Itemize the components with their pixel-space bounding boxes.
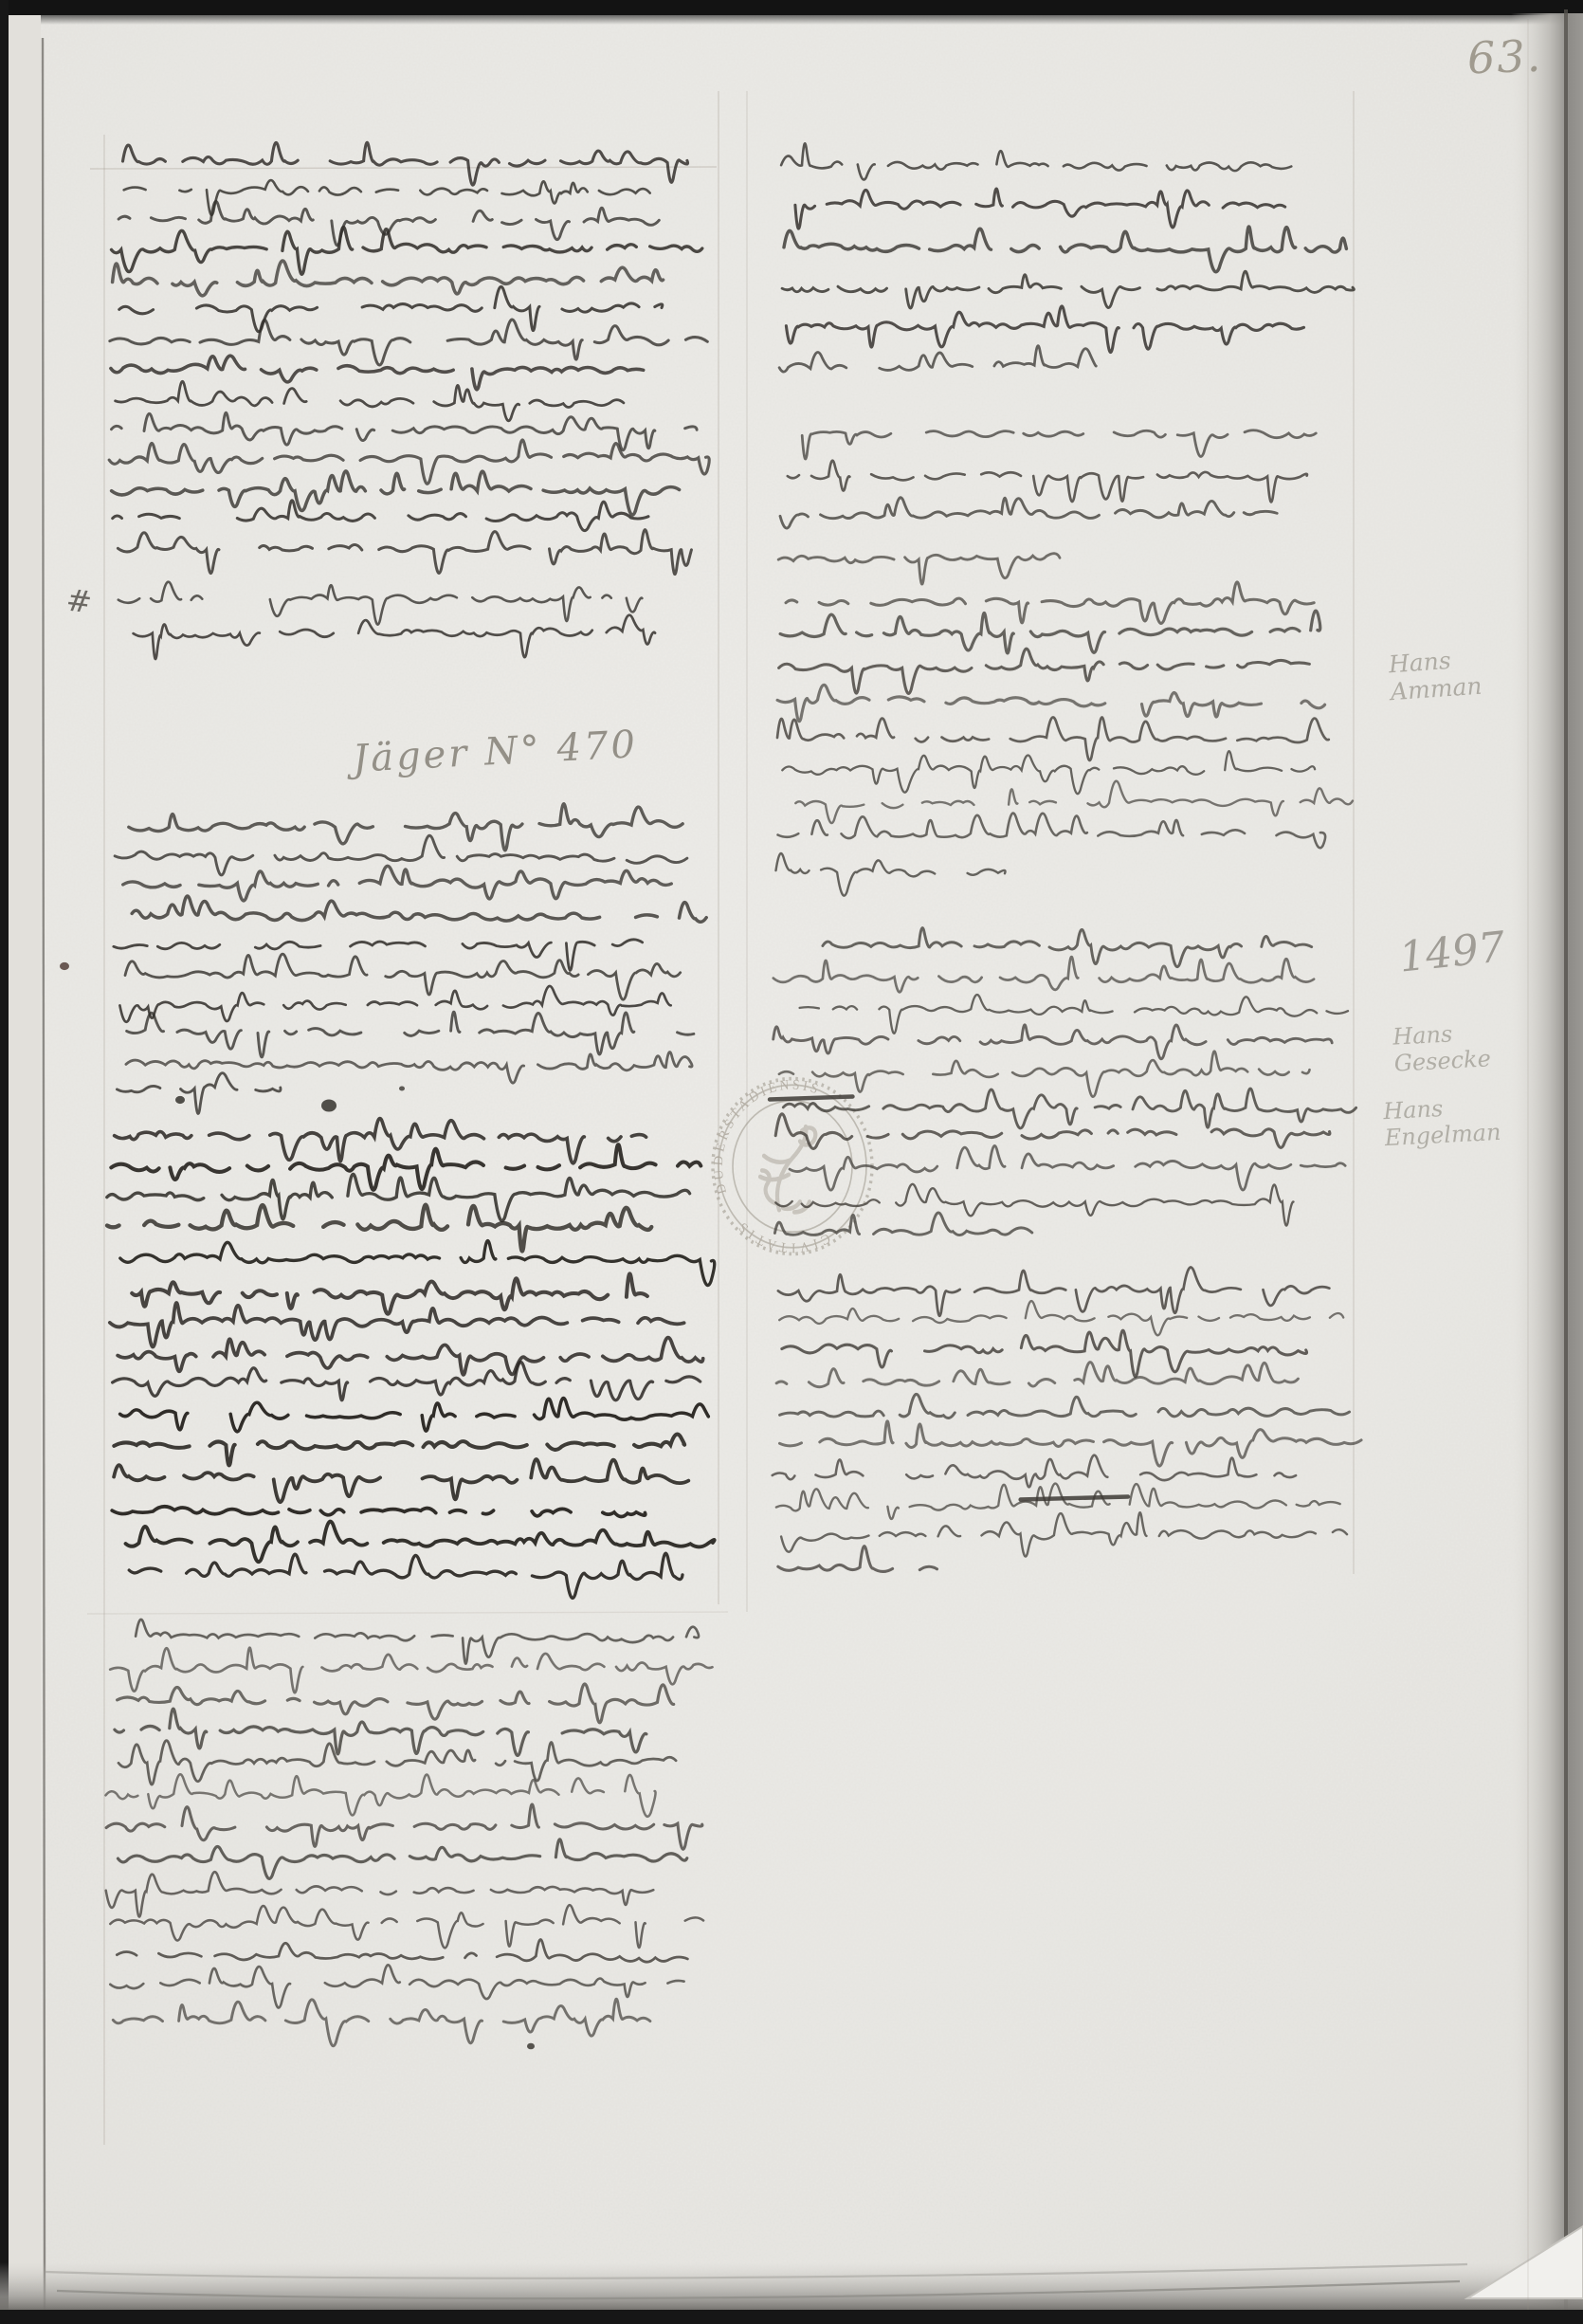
scan-edge-bottom-shade [0,2262,1583,2312]
scan-edge-bottom [0,2310,1583,2324]
ink-blot [175,1096,185,1104]
ink-blot [60,962,69,970]
strikethrough-mark [1021,1497,1128,1500]
scan-edge-left [0,0,9,2324]
scan-edge-top [0,0,1583,15]
ink-blot [321,1099,337,1111]
manuscript-scan: DUDERSTADIENSIS ✠ SE CIVITATIS 63. Jäger… [0,0,1583,2324]
folio-number: 63. [1466,31,1543,84]
previous-page-sliver [9,15,41,2314]
scan-artwork: DUDERSTADIENSIS ✠ SE CIVITATIS [0,0,1583,2324]
ink-blot [399,1087,405,1091]
binding-shadow-right [1511,13,1583,2315]
scan-edge-top-fade [0,15,1583,25]
ink-blot [527,2043,535,2050]
strikethrough-mark [770,1097,853,1100]
paper-grain-texture [8,13,1583,2315]
